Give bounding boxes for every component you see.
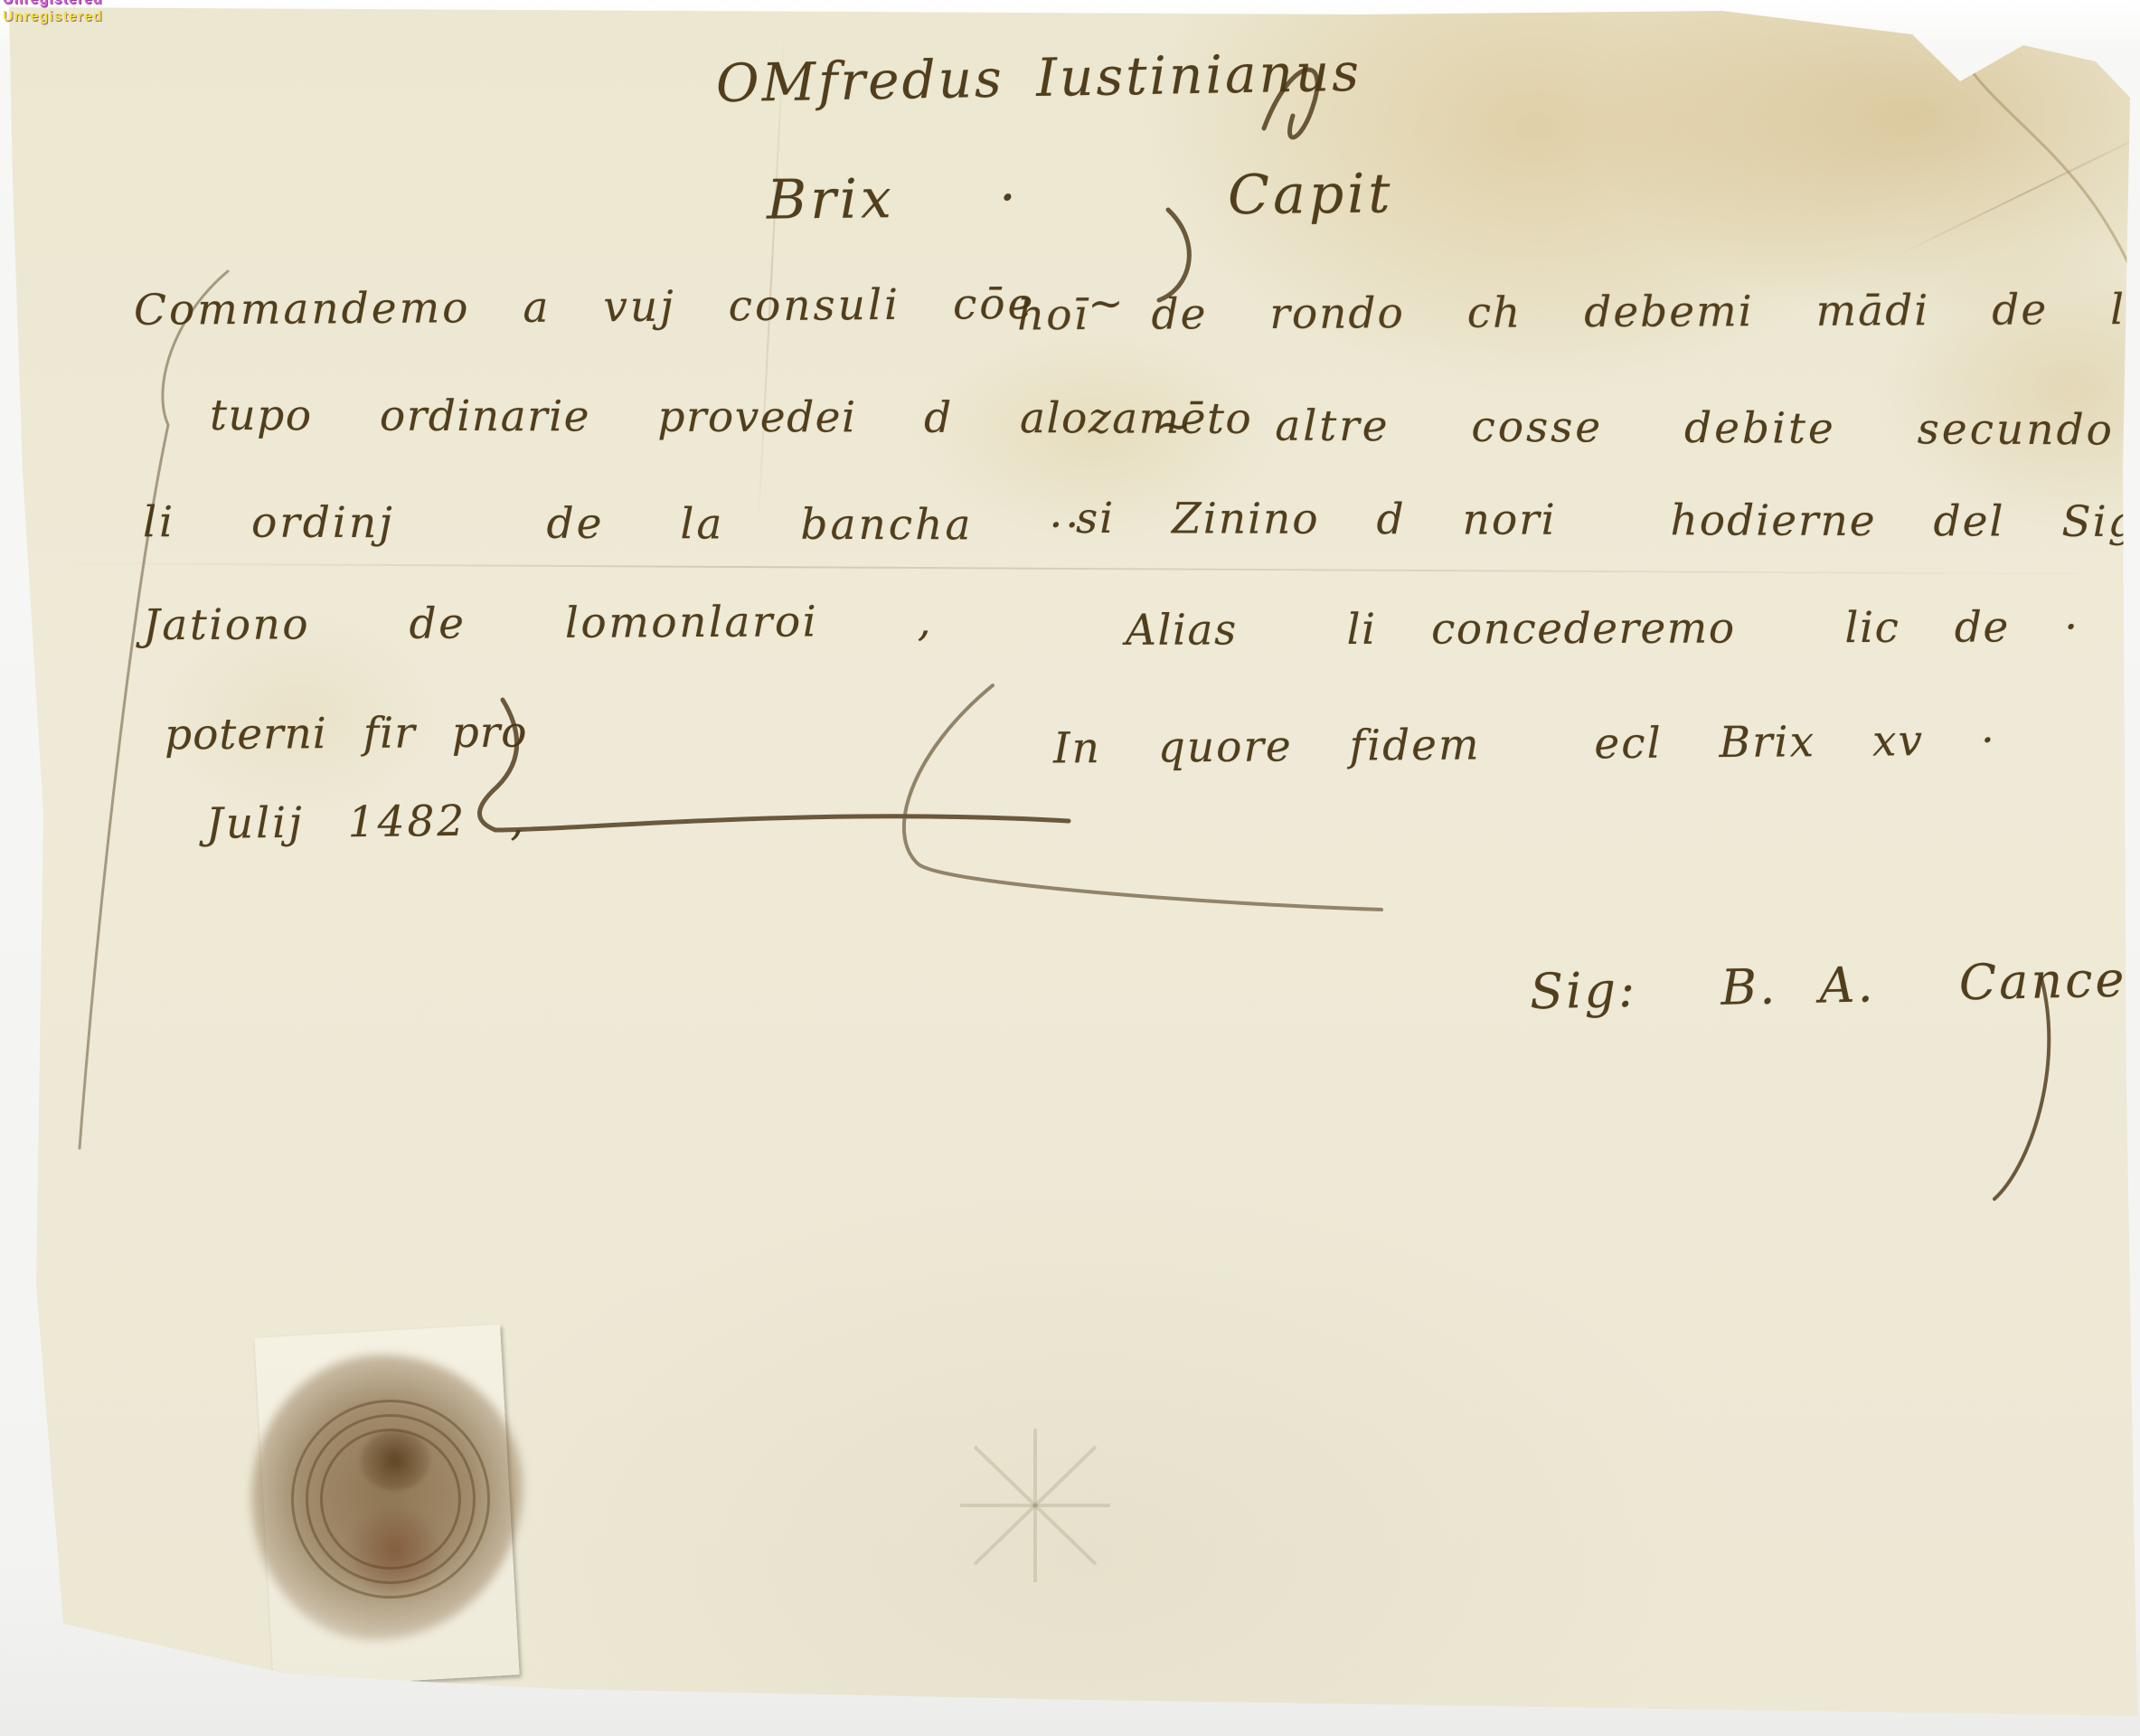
- fold-crease-horizontal: [54, 562, 2116, 575]
- torn-corner-line: [1960, 54, 2132, 271]
- corner-crease: [1895, 125, 2140, 257]
- body-line-4b: Alias li concederemo lic de ·: [1126, 602, 2079, 656]
- watermark-text-line2: Unregistered: [3, 9, 103, 25]
- body-line-1a: Commandemo a vuj consuli cōe ~: [134, 278, 1127, 335]
- body-line-2a: tupo ordinarie provedei d alozamēto: [210, 391, 1252, 444]
- heading-line-2: Brix · Capit: [767, 162, 1394, 231]
- heading-line-1: OMfredus Iustinianus: [715, 42, 1362, 114]
- body-line-3a: li ordinj de la bancha ··: [143, 497, 1081, 551]
- body-line-3b: si Zinino d nori hodierne del Sig: [1076, 494, 2137, 547]
- watermark-text-line1: Unregistered: [3, 0, 103, 8]
- body-line-5b: In quore fidem ecl Brix xv ·: [1053, 715, 1996, 773]
- flourish-paren: [904, 685, 1381, 910]
- seal-dark-patch: [345, 1508, 445, 1595]
- body-line-6-date: Julij 1482 ,: [206, 796, 527, 849]
- body-line-2b: ~ altre cosse debite secundo ·: [1155, 401, 2140, 456]
- signature-line: Sig: B. A. Cancell: [1529, 950, 2140, 1021]
- flourish-signature-tail: [1994, 978, 2049, 1199]
- manuscript-paper: OMfredus Iustinianus Brix · Capit Comman…: [0, 0, 2140, 1736]
- embossed-star-mark: [960, 1429, 1110, 1582]
- body-line-4a: Jationo de lomonlaroi ,: [143, 597, 933, 651]
- body-line-1b: hoī de rondo ch debemi mādi de le ·: [1017, 284, 2140, 340]
- flourish-pro-loop: [479, 700, 1069, 830]
- body-line-5a: poterni fir pro: [165, 708, 528, 760]
- seal-center-motif: [360, 1430, 430, 1490]
- scanned-document-canvas: OMfredus Iustinianus Brix · Capit Comman…: [0, 0, 2140, 1736]
